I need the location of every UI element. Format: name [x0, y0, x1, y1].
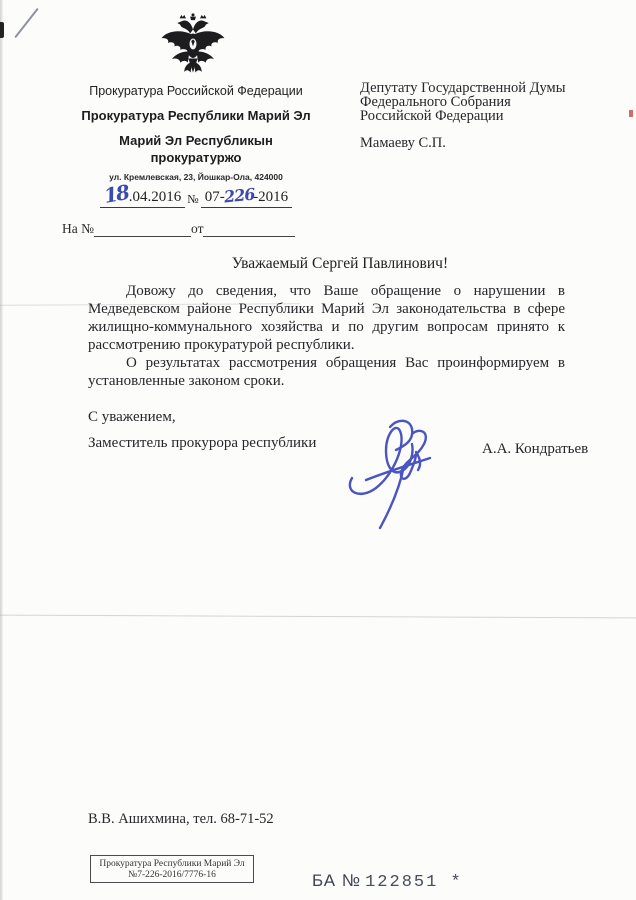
reference-from-label: от	[191, 221, 203, 236]
form-digits: 122851 *	[365, 873, 463, 892]
form-series: БА №	[312, 871, 361, 890]
body-paragraph: О результатах рассмотрения обращения Вас…	[88, 354, 565, 390]
doc-number-field: 07-226-2016	[201, 186, 292, 208]
org-name-mari-line1: Марий Эл Республикын	[56, 132, 336, 149]
org-name-mari: Марий Эл Республикын прокуратуржо	[56, 132, 336, 166]
scanned-letter-page: Прокуратура Российской Федерации Прокура…	[0, 0, 636, 900]
handwritten-doc-number: 226	[223, 184, 255, 206]
signer-position: Заместитель прокурора республики	[88, 435, 316, 452]
number-sign: №	[185, 192, 200, 206]
registration-stamp: Прокуратура Республики Марий Эл №7-226-2…	[90, 855, 254, 883]
addressee-line: Депутату Государственной Думы	[360, 81, 600, 95]
salutation: Уважаемый Сергей Павлинович!	[95, 255, 585, 273]
reference-date-blank	[203, 224, 295, 237]
reference-label: На №	[62, 221, 94, 236]
handwritten-day: 18	[102, 180, 130, 208]
diagonal-pen-mark-icon	[14, 8, 38, 38]
org-name-federal: Прокуратура Российской Федерации	[56, 84, 336, 98]
addressee-line: Российской Федерации	[360, 109, 600, 123]
stamp-org-name: Прокуратура Республики Марий Эл	[91, 859, 253, 870]
date-field: 18.04.2016	[100, 182, 185, 208]
stamp-number: №7-226-2016/7776-16	[91, 870, 253, 881]
addressee-name: Мамаеву С.П.	[360, 136, 600, 150]
letter-body: Довожу до сведения, что Ваше обращение о…	[88, 282, 565, 390]
addressee-block: Депутату Государственной Думы Федерально…	[360, 81, 600, 150]
russia-coat-of-arms-icon	[158, 12, 228, 76]
date-printed: .04.2016	[129, 189, 182, 205]
signer-name: А.А. Кондратьев	[482, 441, 588, 458]
paper-crease-line	[0, 615, 636, 619]
handwritten-signature-icon	[336, 414, 456, 534]
body-paragraph: Довожу до сведения, что Ваше обращение о…	[88, 282, 565, 354]
red-ink-speck	[629, 110, 633, 117]
org-name-republic: Прокуратура Республики Марий Эл	[56, 108, 336, 123]
executor-contact: В.В. Ашихмина, тел. 68-71-52	[88, 811, 274, 828]
org-name-mari-line2: прокуратуржо	[56, 149, 336, 166]
doc-number-suffix: -2016	[253, 189, 288, 205]
org-address: ул. Кремлевская, 23, Йошкар-Ола, 424000	[56, 172, 336, 182]
scan-edge-shadow	[0, 0, 3, 900]
letterhead: Прокуратура Российской Федерации Прокура…	[56, 84, 336, 237]
form-number: БА № 122851 *	[312, 871, 463, 892]
reference-number-blank	[94, 224, 191, 237]
date-number-line: 18.04.2016№07-226-2016	[56, 182, 336, 208]
closing-phrase: С уважением,	[88, 409, 176, 426]
reference-line: На №от	[56, 221, 336, 237]
scan-edge-mark	[0, 22, 4, 38]
addressee-line: Федерального Собрания	[360, 95, 600, 109]
doc-number-prefix: 07-	[205, 189, 225, 205]
